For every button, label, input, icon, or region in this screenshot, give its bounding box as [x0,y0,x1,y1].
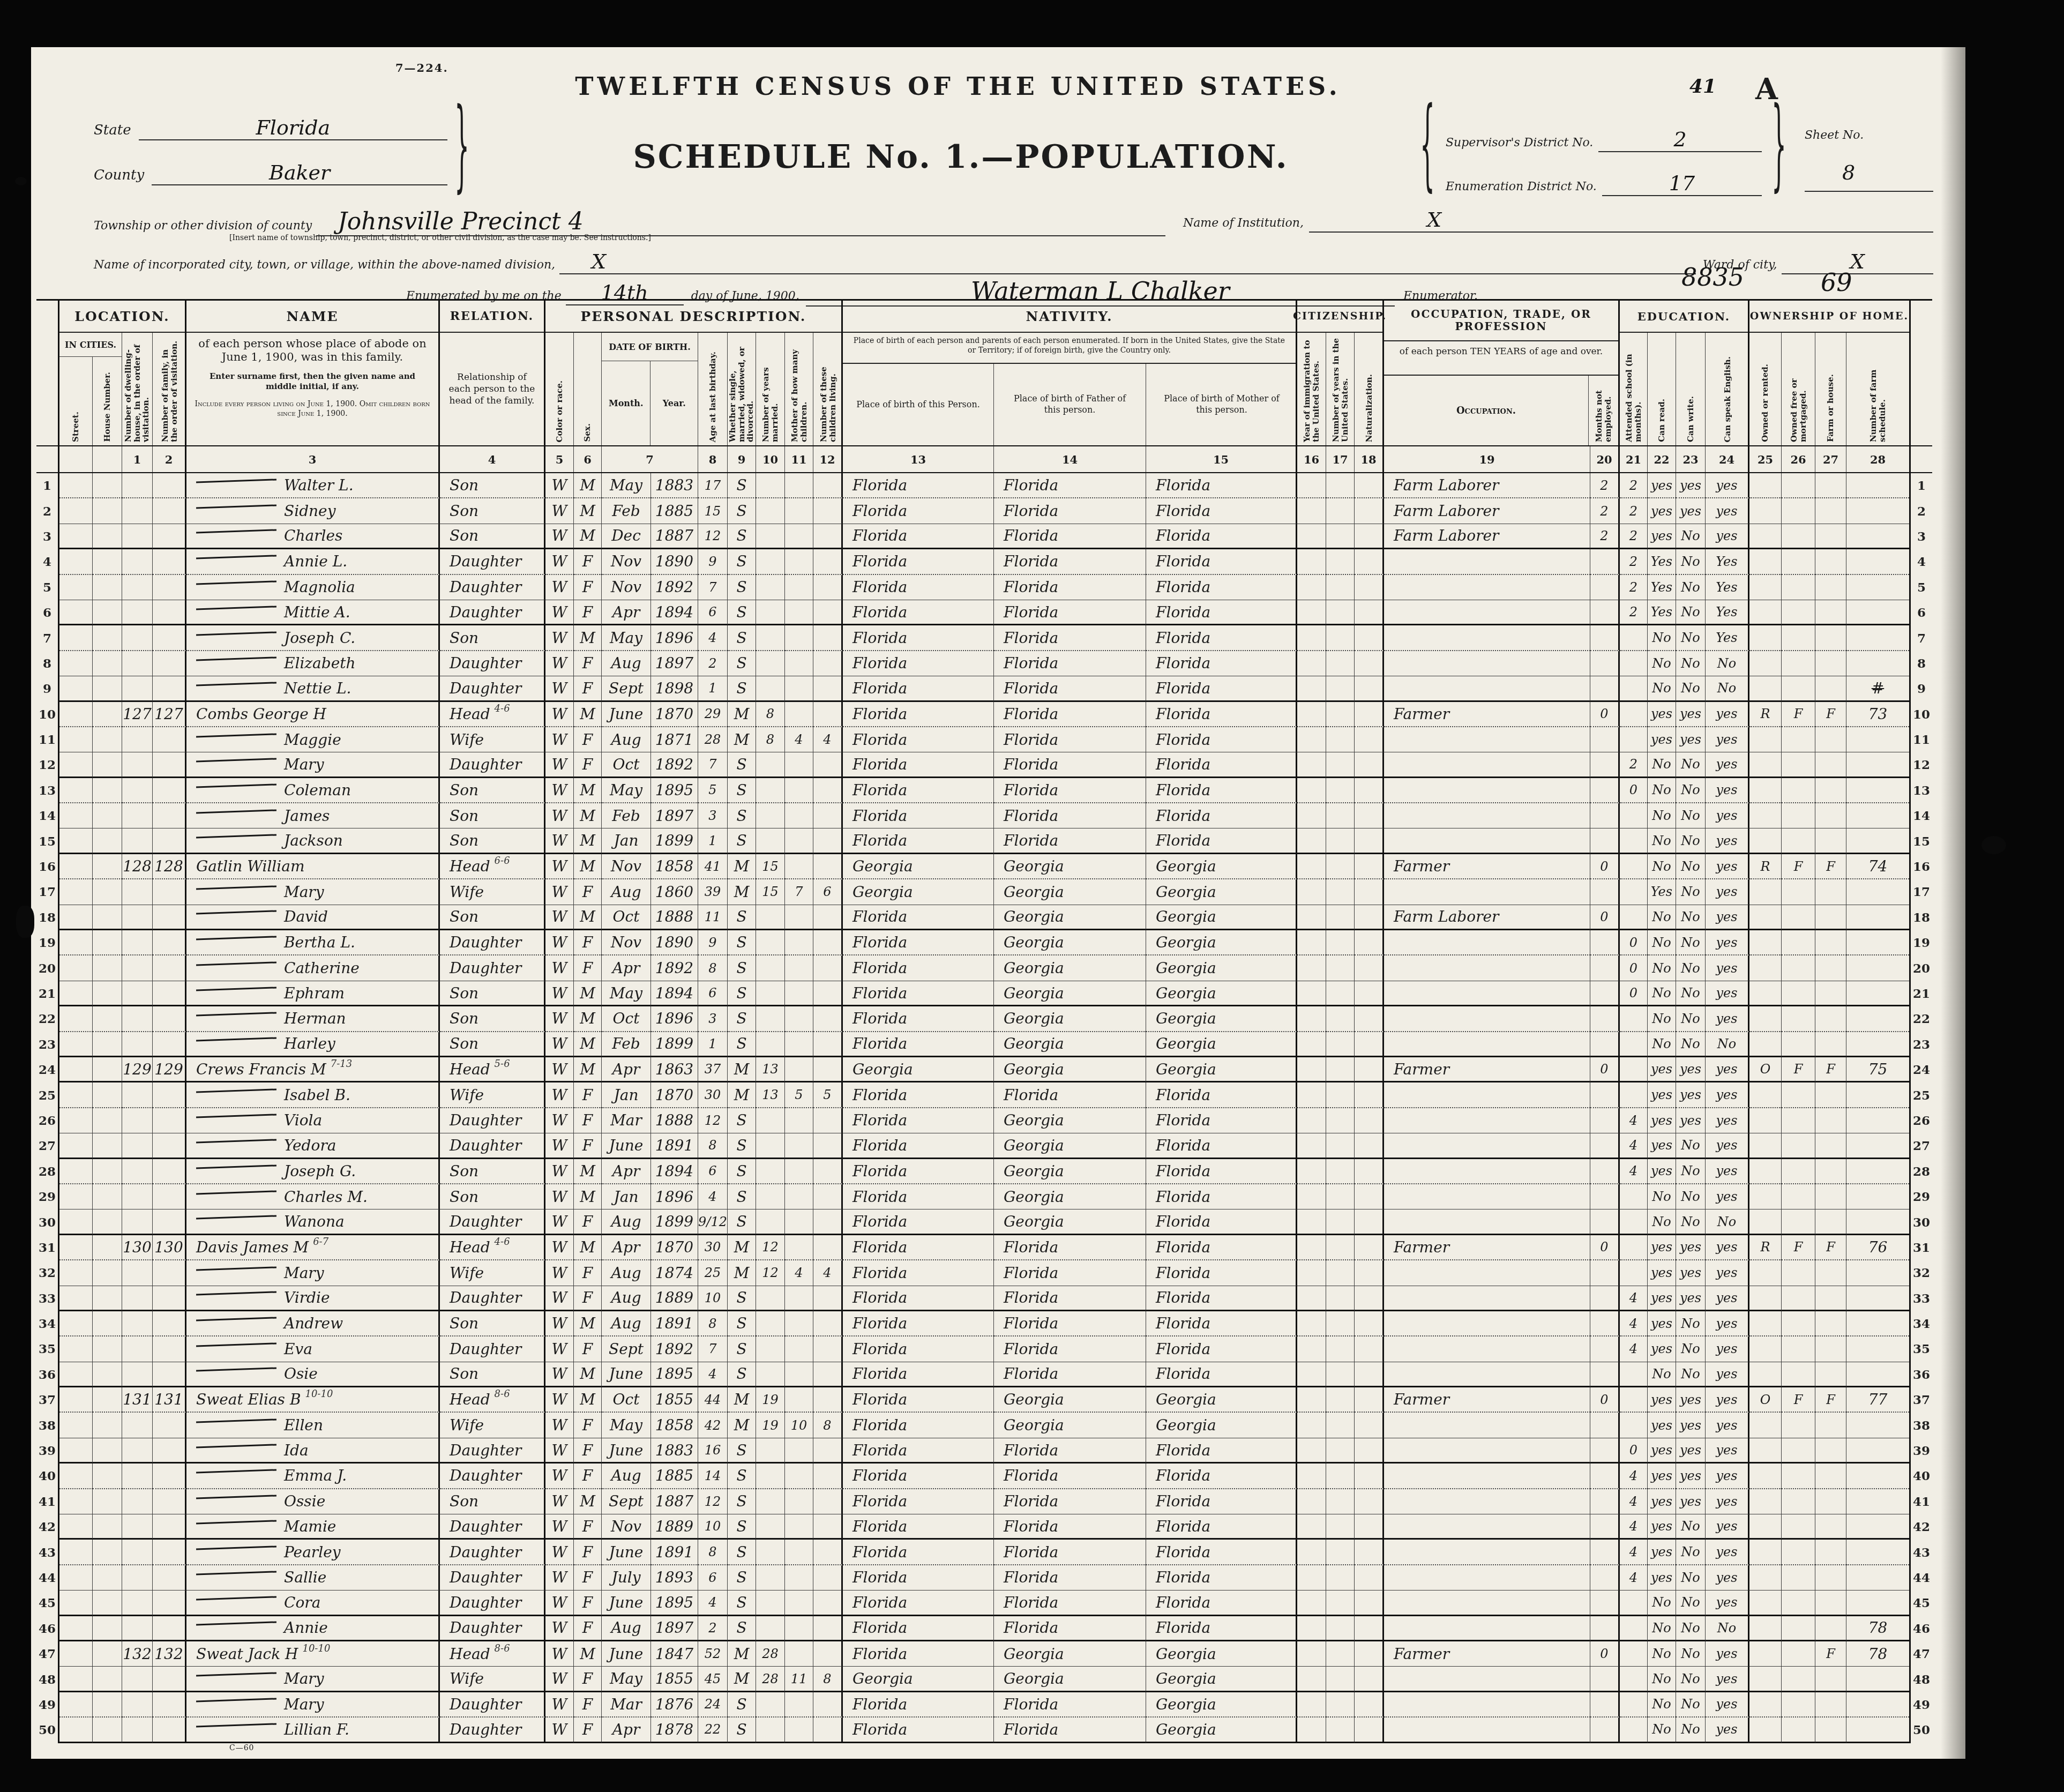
township-line: Township or other division of county Joh… [94,208,1165,236]
cell-mar: S [736,1340,746,1358]
cell-yr: 1885 [655,1467,693,1484]
row-number-left: 20 [36,955,58,981]
person-relation: Daughter [450,1442,521,1459]
cell-yr: 1891 [655,1315,693,1332]
place-of-birth: Florida [1004,502,1058,520]
ditto-mark [196,1190,276,1194]
place-of-birth: Florida [1156,654,1210,672]
cell-c: W [552,959,567,977]
person-row: 31130130Davis James M6-7Head4-6WMApr1870… [36,1235,1932,1260]
place-of-birth: Georgia [1004,857,1064,875]
cell-yr: 1887 [655,1492,693,1510]
ditto-mark [196,936,276,940]
row-number-right: 31 [1911,1235,1932,1260]
place-of-birth: Florida [1004,629,1058,647]
name-pencil-note: 10-10 [302,1643,330,1654]
place-of-birth: Florida [1004,1289,1058,1306]
cell-sc: 0 [1629,1443,1637,1458]
place-of-birth: Florida [1004,1467,1058,1484]
place-of-birth: Florida [852,908,907,925]
cell-mar: S [736,1213,746,1230]
cell-c: W [552,705,567,723]
ditto-mark [196,606,276,610]
cell-mar: M [734,1238,750,1256]
column-number: 2 [153,446,186,472]
cell-mar: M [734,1264,750,1282]
person-relation: Son [450,832,478,849]
cell-wr: No [1681,580,1700,595]
cell-ow: O [1760,1392,1771,1407]
place-of-birth: Florida [1156,731,1210,749]
cell-fr: F [1794,1062,1803,1077]
cell-mc: 4 [795,732,803,747]
person-row: 29Charles M.SonWMJan18964SFloridaGeorgia… [36,1184,1932,1209]
group-name: NAME of each person whose place of abode… [186,301,440,445]
cell-rd: yes [1651,1062,1672,1077]
place-of-birth: Georgia [1004,1111,1064,1129]
cell-age: 9 [708,554,716,569]
cell-age: 12 [705,1494,721,1509]
cell-wr: No [1681,961,1700,976]
cell-cl: 4 [823,732,831,747]
person-row: 27YedoraDaughterWFJune18918SFloridaGeorg… [36,1133,1932,1159]
row-number-right: 42 [1911,1514,1932,1540]
column-number: 28 [1846,446,1909,472]
cell-wr: No [1681,833,1700,848]
row-number-right: 33 [1911,1286,1932,1311]
ditto-mark [196,1012,276,1017]
column-number: 9 [728,446,756,472]
person-row: 37131131Sweat Elias B10-10Head8-6WMOct18… [36,1387,1932,1413]
cell-mar: S [736,654,746,672]
cell-s: F [582,603,593,621]
cell-en: yes [1716,1138,1737,1153]
person-row: 43PearleyDaughterWFJune18918SFloridaFlor… [36,1540,1932,1565]
relation-desc: Relationship of each person to the head … [445,371,539,407]
cell-wr: No [1681,1036,1700,1051]
cell-sc: 4 [1629,1138,1637,1153]
cell-dw: 129 [123,1061,151,1078]
place-of-birth: Georgia [1156,1391,1216,1408]
row-number-right: 47 [1911,1641,1932,1667]
cell-mu: 2 [1600,504,1608,519]
cell-sc: 2 [1629,580,1637,595]
place-of-birth: Florida [1004,1594,1058,1611]
cell-mo: Mar [610,1111,642,1129]
person-row: 33VirdieDaughterWFAug188910SFloridaFlori… [36,1286,1932,1311]
row-number-left: 16 [36,854,58,879]
col24-header: Can speak English. [1706,333,1749,445]
place-of-birth: Florida [1156,1162,1210,1180]
state-value: Florida [139,116,447,140]
place-of-birth: Georgia [1004,1391,1064,1408]
cell-s: M [580,1061,595,1078]
cell-rd: yes [1651,1138,1672,1153]
cell-s: M [580,984,595,1002]
cell-fr: F [1794,1240,1803,1255]
place-of-birth: Georgia [1156,908,1216,925]
place-of-birth: Georgia [1004,1645,1064,1663]
place-of-birth: Florida [1004,1492,1058,1510]
row-number-right: 29 [1911,1184,1932,1209]
cell-s: F [582,883,593,901]
place-of-birth: Florida [852,1213,907,1230]
cell-en: yes [1716,1062,1737,1077]
place-of-birth: Florida [852,476,907,494]
place-of-birth: Florida [1004,832,1058,849]
ditto-mark [196,1291,276,1296]
scan-blob [16,906,34,938]
cell-rd: yes [1651,1519,1672,1534]
cell-wr: No [1681,1214,1700,1229]
row-number-right: 20 [1911,955,1932,981]
cell-ym: 28 [762,1671,779,1686]
cell-mo: Oct [613,1391,640,1408]
cell-yr: 1858 [655,1416,693,1434]
cell-wr: yes [1680,1062,1701,1077]
person-relation: Son [450,781,478,799]
cell-s: F [582,680,593,697]
cell-ym: 28 [762,1646,779,1661]
person-row: 36OsieSonWMJune18954SFloridaFloridaFlori… [36,1362,1932,1387]
cell-mo: May [610,476,642,494]
person-name: Sweat Jack H [196,1645,298,1663]
cell-en: No [1717,681,1736,696]
row-number-left: 14 [36,803,58,828]
row-number-left: 26 [36,1108,58,1133]
person-relation: Daughter [450,1619,521,1637]
cell-yr: 1888 [655,908,693,925]
col20-header: Months not employed. [1589,376,1618,445]
person-occupation: Farmer [1394,1645,1449,1663]
row-number-right: 1 [1911,473,1932,498]
person-relation: Son [450,908,478,925]
cell-c: W [552,1619,567,1637]
cell-mo: Oct [613,756,640,773]
name-title: NAME [186,301,438,333]
cell-sc: 4 [1629,1519,1637,1534]
place-of-birth: Georgia [1004,984,1064,1002]
cell-rd: yes [1651,1341,1672,1356]
person-occupation: Farm Laborer [1394,502,1499,520]
cell-yr: 1892 [655,959,693,977]
cell-mu: 0 [1600,909,1608,924]
row-number-right: 14 [1911,803,1932,828]
cell-yr: 1888 [655,1111,693,1129]
relation-pencil-note: 5-6 [495,1058,510,1070]
numstrip-gutter-right [1911,446,1932,472]
place-of-birth: Georgia [1156,1416,1216,1434]
person-relation: Daughter [450,552,521,570]
place-of-birth: Georgia [1156,1035,1216,1052]
cell-mar: S [736,1010,746,1027]
ditto-mark [196,1495,276,1499]
cell-s: M [580,527,595,544]
cell-mar: S [736,1619,746,1637]
place-of-birth: Florida [852,1696,907,1713]
cell-rd: yes [1651,1570,1672,1585]
place-of-birth: Florida [852,1619,907,1637]
person-row: 44SallieDaughterWFJuly18936SFloridaFlori… [36,1565,1932,1591]
group-education: EDUCATION. Attended school (in months). … [1620,301,1749,445]
cell-mu: 0 [1600,1392,1608,1407]
person-relation: Daughter [450,1518,521,1535]
cell-mu: 2 [1600,528,1608,543]
cell-rd: yes [1651,1113,1672,1128]
person-relation: Daughter [450,1594,521,1611]
person-name: Maggie [284,731,341,749]
cell-mar: S [736,1137,746,1154]
cell-mo: Nov [611,552,641,570]
cell-en: Yes [1716,604,1737,619]
place-of-birth: Florida [1004,1315,1058,1332]
person-relation: Daughter [450,1111,521,1129]
person-name: Nettie L. [284,680,352,697]
row-number-left: 42 [36,1514,58,1540]
col15-header: Place of birth of Mother of this person. [1146,364,1297,445]
ditto-mark [196,1342,276,1347]
dob-month-header: Month. [602,361,650,445]
cell-en: No [1717,1036,1736,1051]
relation-pencil-note: 8-6 [495,1388,510,1400]
cell-s: F [582,934,593,951]
cell-wr: No [1681,1189,1700,1204]
place-of-birth: Georgia [1004,1162,1064,1180]
row-number-right: 25 [1911,1082,1932,1108]
cell-wr: No [1681,859,1700,874]
place-of-birth: Florida [1004,680,1058,697]
person-name: Coleman [284,781,351,799]
cell-mo: May [610,1670,642,1688]
cell-en: yes [1716,1316,1737,1331]
cell-rd: yes [1651,504,1672,519]
cell-mc: 7 [795,884,803,899]
cell-ym: 8 [766,706,774,721]
col5-header: Color or race. [545,333,574,445]
row-number-left: 24 [36,1057,58,1082]
place-of-birth: Florida [852,807,907,825]
row-number-left: 18 [36,905,58,930]
place-of-birth: Florida [1156,1340,1210,1358]
institution-label: Name of Institution, [1183,216,1304,230]
row-number-left: 38 [36,1413,58,1438]
place-of-birth: Florida [1156,502,1210,520]
row-number-right: 19 [1911,930,1932,955]
group-nativity: NATIVITY. Place of birth of each person … [843,301,1297,445]
location-title: LOCATION. [59,301,185,333]
place-of-birth: Florida [852,1467,907,1484]
row-number-left: 4 [36,549,58,574]
place-of-birth: Florida [1156,1238,1210,1256]
cell-rd: yes [1651,1087,1672,1102]
row-number-left: 12 [36,752,58,778]
column-number: 14 [994,446,1146,472]
cell-mo: June [609,1442,644,1459]
cell-mu: 2 [1600,478,1608,493]
place-of-birth: Florida [852,578,907,596]
person-row: 4Annie L.DaughterWFNov18909SFloridaFlori… [36,549,1932,574]
person-relation: Son [450,1010,478,1027]
cell-mo: Feb [612,1035,640,1052]
place-of-birth: Florida [1156,527,1210,544]
stamp-number-1: 8835 [1681,263,1744,292]
person-name: Ida [284,1442,309,1459]
person-row: 5MagnoliaDaughterWFNov18927SFloridaFlori… [36,575,1932,600]
person-row: 39IdaDaughterWFJune188316SFloridaFlorida… [36,1438,1932,1464]
enum-district-label: Enumeration District No. [1446,180,1597,193]
ditto-mark [196,1723,276,1727]
cell-s: F [582,1340,593,1358]
cell-cl: 5 [823,1087,831,1102]
cell-s: F [582,1594,593,1611]
cell-c: W [552,1467,567,1484]
row-number-left: 32 [36,1260,58,1286]
relation-pencil-note: 6-6 [495,855,510,867]
row-number-left: 25 [36,1082,58,1108]
person-relation: Daughter [450,959,521,977]
ditto-mark [196,885,276,890]
cell-mc: 4 [795,1265,803,1280]
person-name: Mary [284,1670,324,1688]
cell-mar: S [736,1162,746,1180]
place-of-birth: Florida [1004,1238,1058,1256]
person-name: Sallie [284,1569,326,1586]
column-number: 11 [785,446,813,472]
cell-rd: No [1652,1595,1671,1610]
cell-s: F [582,1518,593,1535]
in-cities-label: IN CITIES. [59,333,122,357]
person-row: 12MaryDaughterWFOct18927SFloridaFloridaF… [36,752,1932,778]
cell-en: yes [1716,528,1737,543]
person-relation: Daughter [450,1289,521,1306]
place-of-birth: Florida [852,1340,907,1358]
cell-sc: 0 [1629,782,1637,797]
row-number-right: 48 [1911,1667,1932,1692]
cell-en: Yes [1716,580,1737,595]
cell-rd: No [1652,1646,1671,1661]
column-number-strip: 1234567891011121314151617181920212223242… [36,446,1932,473]
group-relation: RELATION. Relationship of each person to… [440,301,545,445]
place-of-birth: Florida [1156,1569,1210,1586]
cell-ym: 15 [762,884,779,899]
cell-age: 6 [708,1163,716,1178]
row-number-left: 49 [36,1692,58,1718]
city-line: Name of incorporated city, town, or vill… [94,250,1696,274]
ditto-mark [196,783,276,788]
cell-rd: No [1652,1189,1671,1204]
cell-age: 30 [705,1087,721,1102]
place-of-birth: Florida [852,1010,907,1027]
person-occupation: Farmer [1394,857,1449,875]
cell-yr: 1892 [655,1340,693,1358]
place-of-birth: Florida [852,1111,907,1129]
cell-en: yes [1716,961,1737,976]
cell-rd: No [1652,1671,1671,1686]
place-of-birth: Florida [1156,1442,1210,1459]
cell-en: yes [1716,782,1737,797]
col25-header: Owned or rented. [1749,333,1782,445]
cell-yr: 1897 [655,1619,693,1637]
person-relation: Son [450,502,478,520]
column-number: 26 [1782,446,1815,472]
cell-age: 37 [705,1062,721,1077]
place-of-birth: Florida [852,1365,907,1383]
row-number-left: 37 [36,1387,58,1413]
person-relation: Daughter [450,680,521,697]
cell-mar: S [736,1467,746,1484]
row-number-left: 44 [36,1565,58,1591]
place-of-birth: Florida [852,603,907,621]
cell-mu: 0 [1600,1062,1608,1077]
township-note: [Insert name of township, town, precinct… [229,234,651,242]
cell-mar: S [736,1111,746,1129]
cell-c: W [552,1645,567,1663]
cell-en: yes [1716,1544,1737,1559]
place-of-birth: Georgia [1004,959,1064,977]
place-of-birth: Georgia [1156,1721,1216,1738]
person-relation: Son [450,1492,478,1510]
cell-mu: 0 [1600,1646,1608,1661]
person-row: 50Lillian F.DaughterWFApr187822SFloridaF… [36,1718,1932,1743]
cell-fam: 131 [154,1391,183,1408]
person-relation: Daughter [450,1467,521,1484]
cell-yr: 1897 [655,654,693,672]
person-row: 13ColemanSonWMMay18955SFloridaFloridaFlo… [36,778,1932,803]
person-name: James [284,807,330,825]
cell-sc: 2 [1629,554,1637,569]
place-of-birth: Florida [1004,552,1058,570]
ditto-mark [196,631,276,636]
person-relation: Son [450,1315,478,1332]
place-of-birth: Georgia [1156,984,1216,1002]
cell-en: yes [1716,1113,1737,1128]
cell-c: W [552,1569,567,1586]
cell-mo: Dec [611,527,641,544]
person-relation: Daughter [450,1569,521,1586]
cell-mar: S [736,603,746,621]
person-relation: Daughter [450,756,521,773]
col-street-header: Street. [59,357,93,445]
person-relation: Son [450,1035,478,1052]
cell-c: W [552,883,567,901]
cell-wr: No [1681,1367,1700,1382]
person-relation: Head [450,705,490,723]
place-of-birth: Florida [1004,1086,1058,1104]
cell-sc: 4 [1629,1113,1637,1128]
cell-mo: Oct [613,1010,640,1027]
cell-wr: No [1681,1163,1700,1178]
cell-yr: 1883 [655,476,693,494]
person-name: Emma J. [284,1467,347,1484]
place-of-birth: Georgia [1004,908,1064,925]
sheet-no-label: Sheet No. [1805,129,1864,142]
cell-yr: 1890 [655,552,693,570]
cell-yr: 1878 [655,1721,693,1738]
cell-en: Yes [1716,554,1737,569]
page-title: TWELFTH CENSUS OF THE UNITED STATES. [31,72,1885,101]
cell-rd: No [1652,961,1671,976]
table-header: LOCATION. IN CITIES. Street. House Numbe… [36,299,1932,446]
column-number: 12 [813,446,843,472]
farm-schedule-no: 77 [1868,1391,1888,1408]
cell-wr: yes [1680,1290,1701,1305]
place-of-birth: Florida [1156,1365,1210,1383]
ditto-mark [196,1317,276,1321]
place-of-birth: Florida [852,680,907,697]
person-name: Annie [284,1619,328,1637]
cell-yr: 1898 [655,680,693,697]
row-number-left: 2 [36,498,58,524]
